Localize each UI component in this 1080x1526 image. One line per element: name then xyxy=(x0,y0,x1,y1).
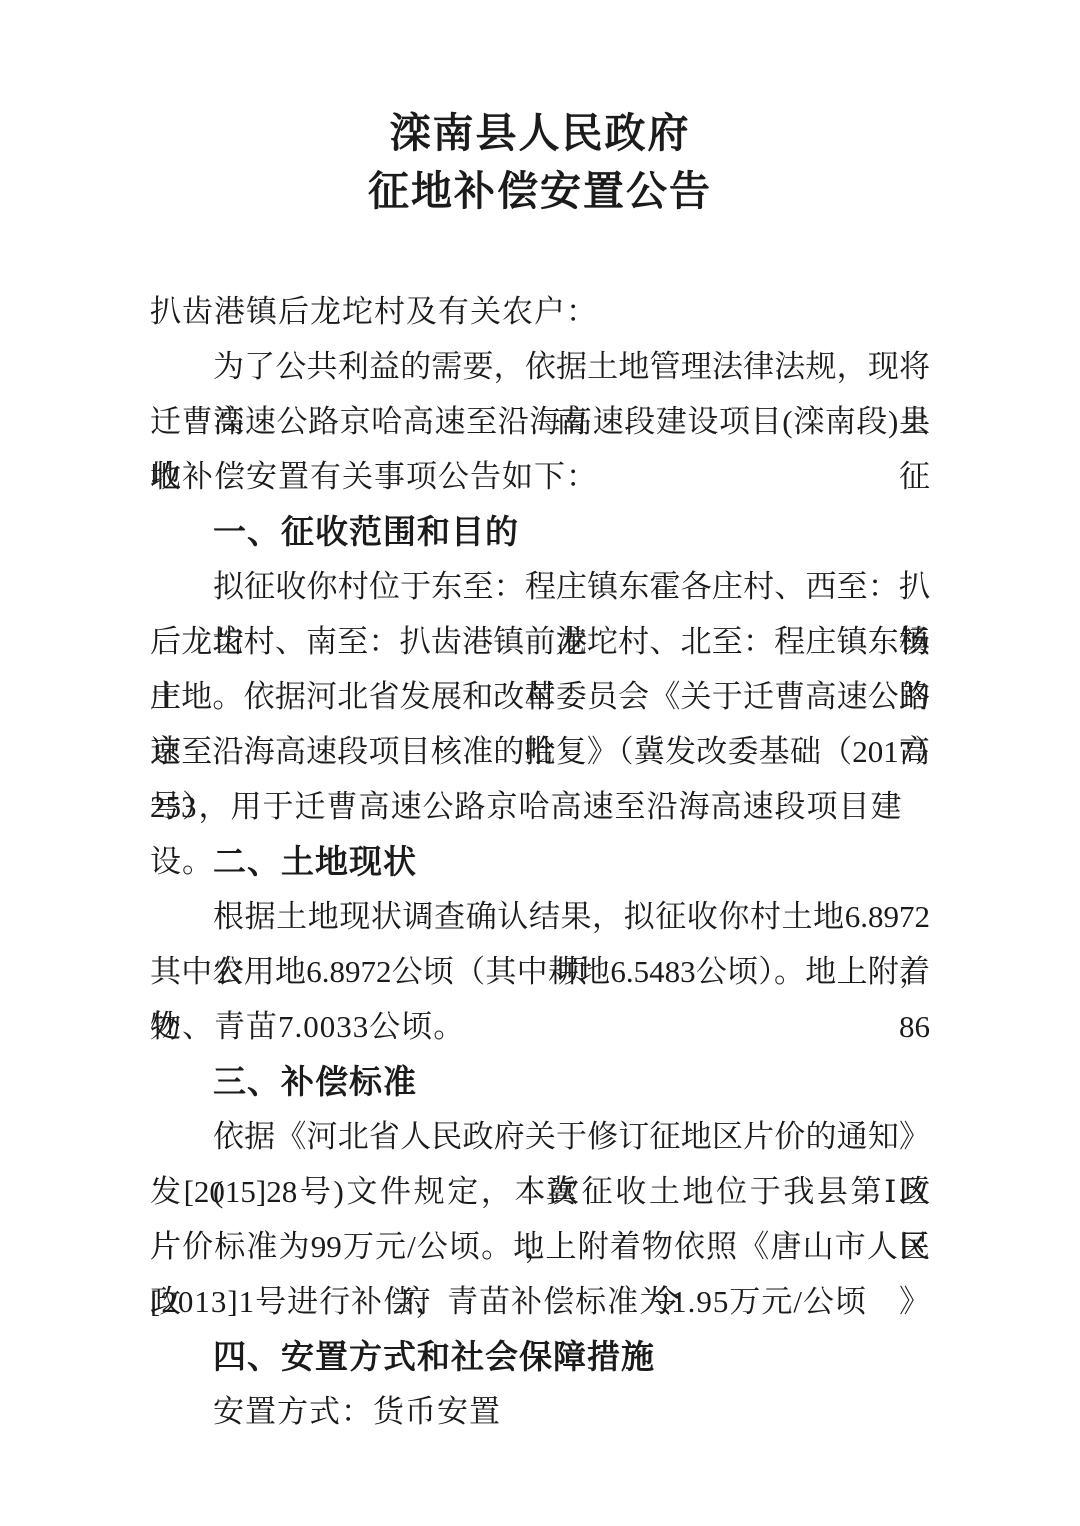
document-line: 号），用于迁曹高速公路京哈高速至沿海高速段项目建设。 xyxy=(150,779,930,834)
document-line: 扒齿港镇后龙坨村及有关农户： xyxy=(150,284,930,339)
document-body: 扒齿港镇后龙坨村及有关农户：为了公共利益的需要，依据土地管理法律法规，现将滦南县… xyxy=(150,284,930,1439)
document-line: 速至沿海高速段项目核准的批复》（冀发改委基础（2017）253 xyxy=(150,724,930,779)
document-page: 滦南县人民政府 征地补偿安置公告 扒齿港镇后龙坨村及有关农户：为了公共利益的需要… xyxy=(0,0,1080,1526)
document-line: 四、安置方式和社会保障措施 xyxy=(150,1329,930,1384)
document-title-line-2: 征地补偿安置公告 xyxy=(0,162,1080,220)
document-line: 依据《河北省人民政府关于修订征地区片价的通知》(冀政 xyxy=(150,1109,930,1164)
document-title: 滦南县人民政府 征地补偿安置公告 xyxy=(0,0,1080,220)
document-line: [2013]1号进行补偿，青苗补偿标准为1.95万元/公顷 xyxy=(150,1274,930,1329)
document-line: 一、征收范围和目的 xyxy=(150,504,930,559)
document-line: 迁曹高速公路京哈高速至沿海高速段建设项目(滦南段)土地征 xyxy=(150,394,930,449)
document-line: 三、补偿标准 xyxy=(150,1054,930,1109)
document-title-line-1: 滦南县人民政府 xyxy=(0,104,1080,162)
document-line: 其中农用地6.8972公顷（其中耕地6.5483公顷）。地上附着物86 xyxy=(150,944,930,999)
document-line: 片价标准为99万元/公顷。地上附着物依照《唐山市人民政府令》 xyxy=(150,1219,930,1274)
document-line: 拟征收你村位于东至：程庄镇东霍各庄村、西至：扒齿港镇 xyxy=(150,559,930,614)
document-line: 为了公共利益的需要，依据土地管理法律法规，现将滦南县 xyxy=(150,339,930,394)
document-line: 土地。依据河北省发展和改革委员会《关于迁曹高速公路京哈高 xyxy=(150,669,930,724)
document-line: 安置方式：货币安置 xyxy=(150,1384,930,1439)
document-line: 根据土地现状调查确认结果，拟征收你村土地6.8972公顷， xyxy=(150,889,930,944)
document-line: 发[2015]28号)文件规定，本次征收土地位于我县第Ⅰ区片，区 xyxy=(150,1164,930,1219)
document-line: 二、土地现状 xyxy=(150,834,930,889)
document-line: 后龙坨村、南至：扒齿港镇前龙坨村、北至：程庄镇东杨庄村的 xyxy=(150,614,930,669)
